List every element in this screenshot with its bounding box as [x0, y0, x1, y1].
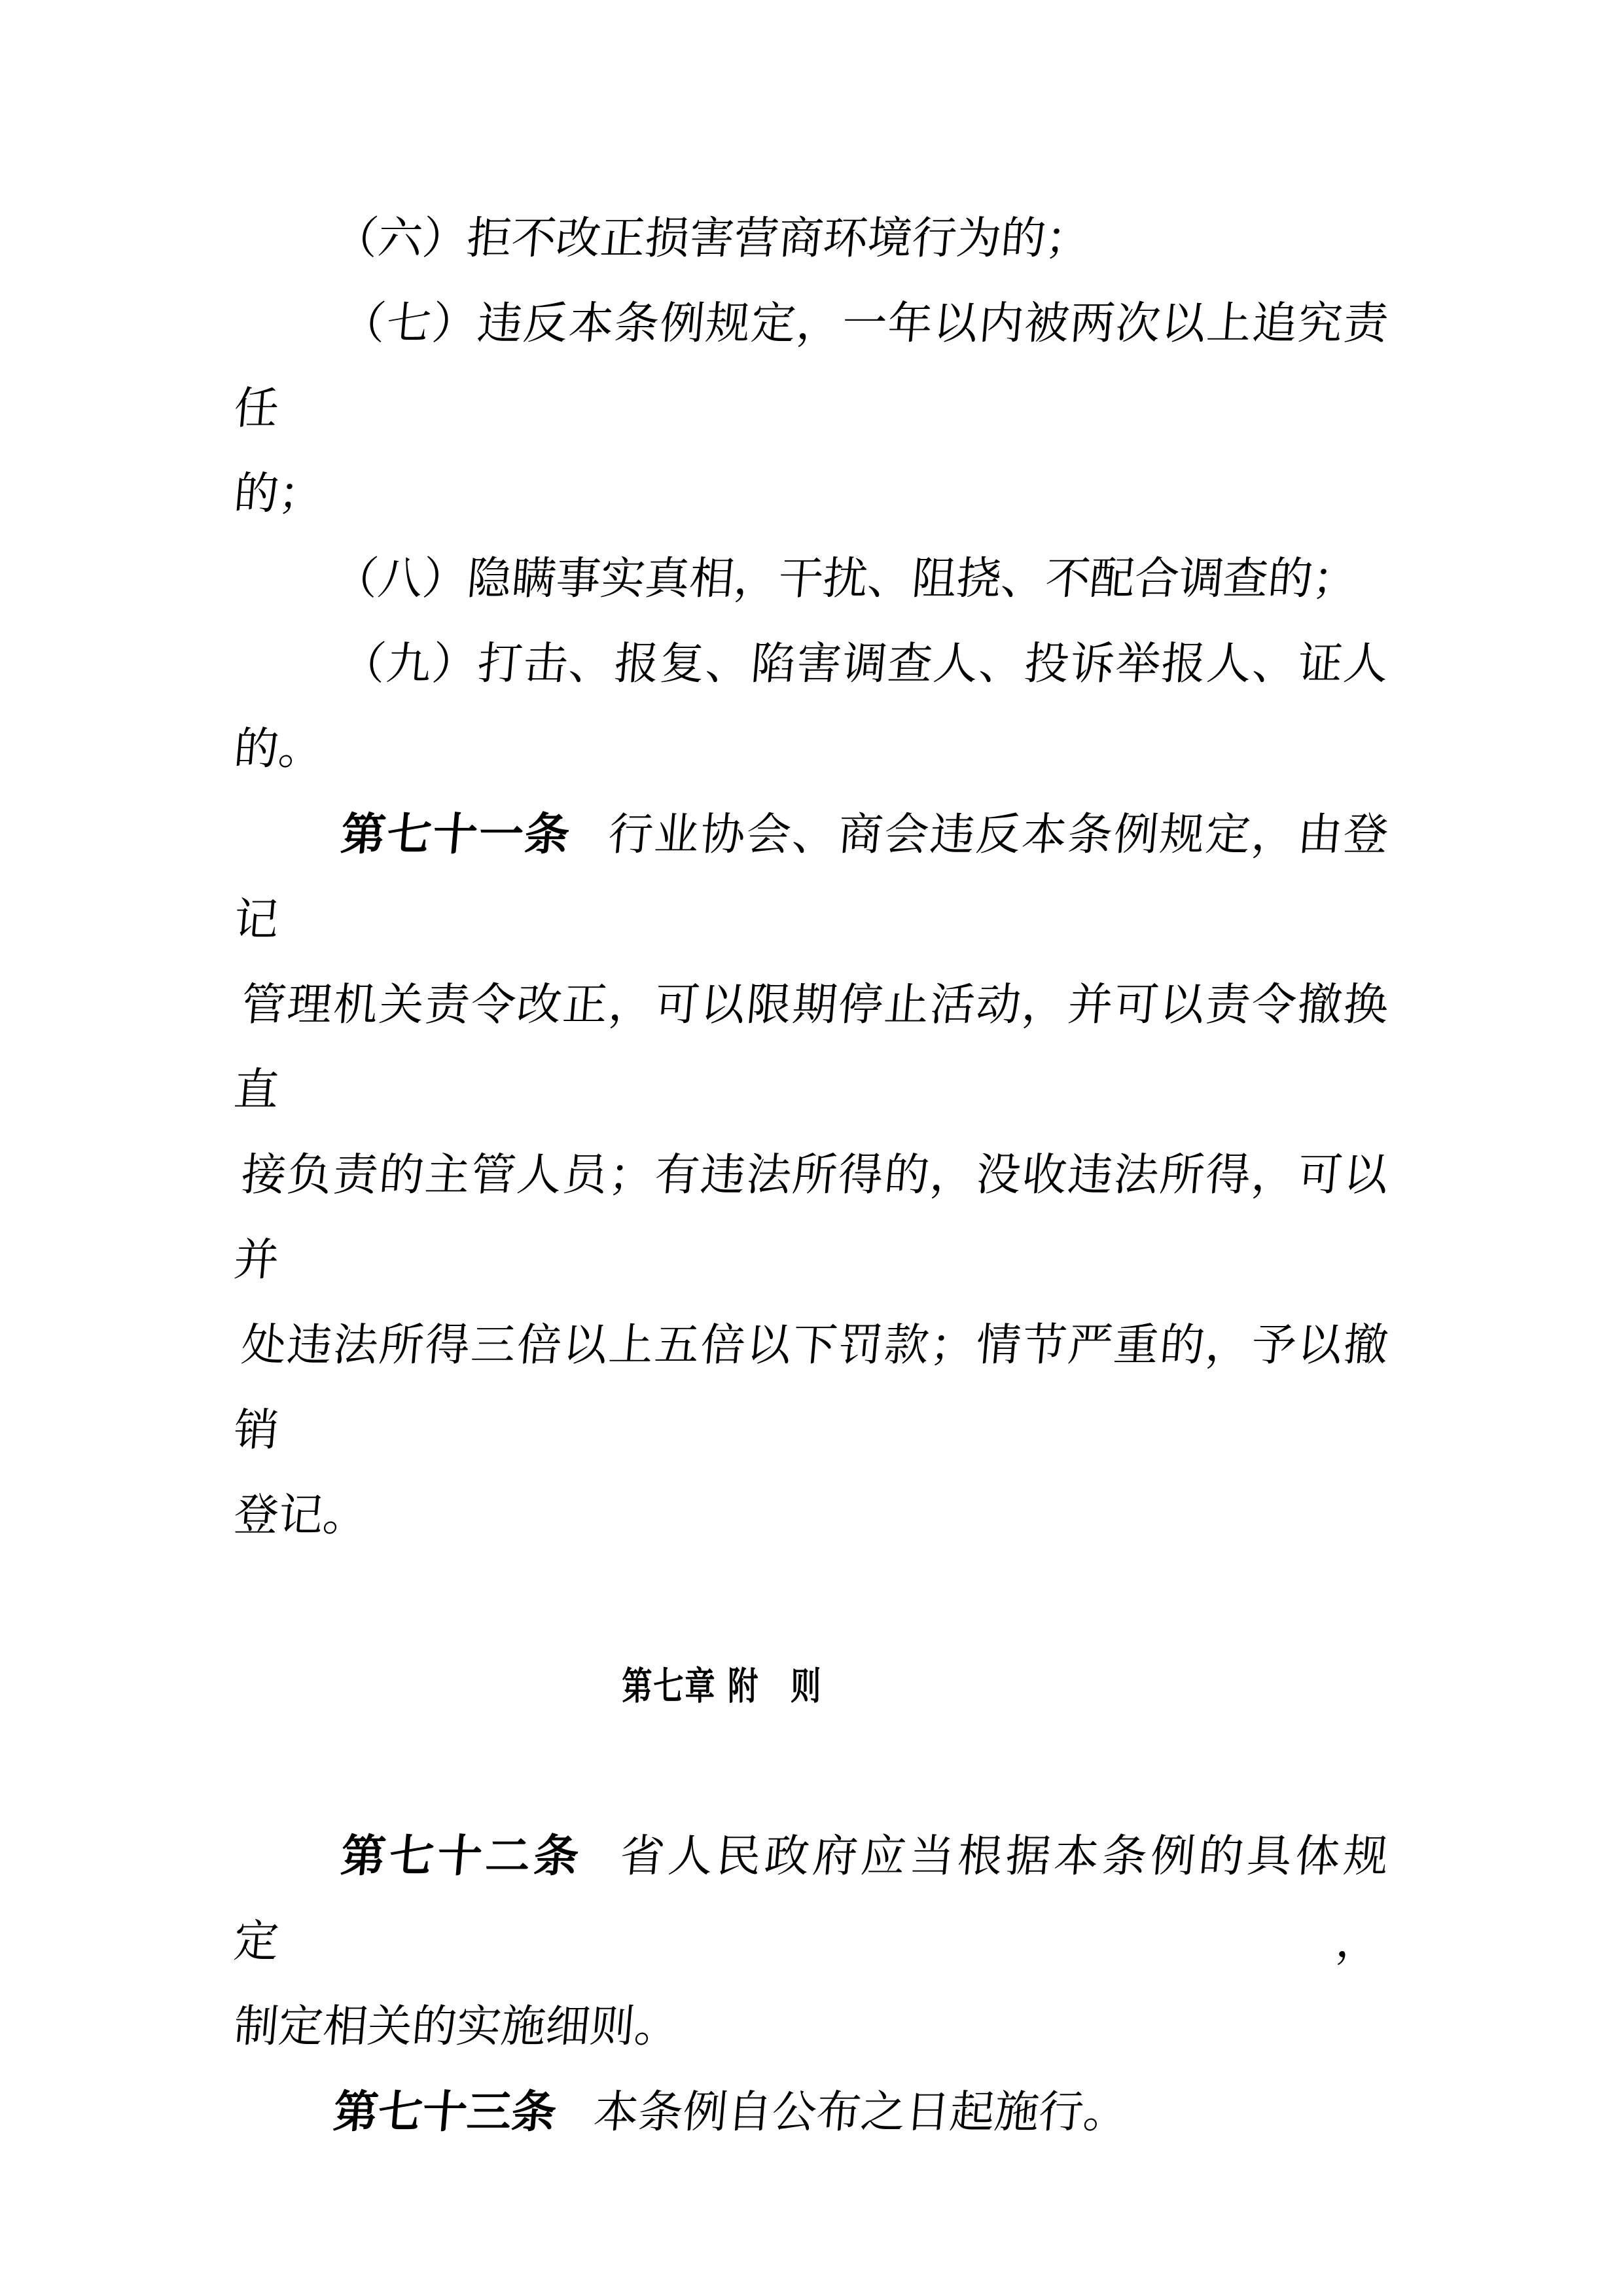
article-71-line-4: 处违法所得三倍以上五倍以下罚款；情节严重的，予以撤销: [230, 1303, 1392, 1473]
document-page: （六）拒不改正损害营商环境行为的； （七）违反本条例规定，一年以内被两次以上追究…: [0, 0, 1623, 2296]
chapter-7-heading-text: 第七章 附 则: [622, 1643, 822, 1729]
item-eight-line: （八）隐瞒事实真相，干扰、阻挠、不配合调查的；: [230, 537, 1384, 622]
article-71-line-1: 第七十一条行业协会、商会违反本条例规定，由登记: [230, 792, 1392, 963]
document-content: （六）拒不改正损害营商环境行为的； （七）违反本条例规定，一年以内被两次以上追究…: [230, 196, 1377, 2155]
article-73-line: 第七十三条本条例自公布之日起施行。: [230, 2070, 1384, 2155]
item-nine-line: （九）打击、报复、陷害调查人、投诉举报人、证人的。: [230, 622, 1392, 792]
article-71-number: 第七十一条: [339, 808, 573, 861]
article-73-text: 本条例自公布之日起施行。: [592, 2087, 1130, 2138]
article-71-line-2: 管理机关责令改正，可以限期停止活动，并可以责令撤换直: [230, 963, 1392, 1133]
article-71-line-5: 登记。: [230, 1473, 1384, 1558]
chapter-7-heading: 第七章 附 则: [230, 1643, 1377, 1729]
article-71-line-3: 接负责的主管人员；有违法所得的，没收违法所得，可以并: [230, 1133, 1392, 1303]
item-seven-line-1: （七）违反本条例规定，一年以内被两次以上追究责任: [230, 281, 1392, 452]
article-73-number: 第七十三条: [331, 2086, 558, 2138]
article-72-number: 第七十二条: [339, 1830, 585, 1882]
article-72-line-2: 制定相关的实施细则。: [230, 1984, 1384, 2070]
item-six-line: （六）拒不改正损害营商环境行为的；: [230, 196, 1384, 281]
item-seven-line-2: 的；: [230, 452, 1384, 537]
article-72-line-1: 第七十二条省人民政府应当根据本条例的具体规定，: [230, 1814, 1392, 1984]
